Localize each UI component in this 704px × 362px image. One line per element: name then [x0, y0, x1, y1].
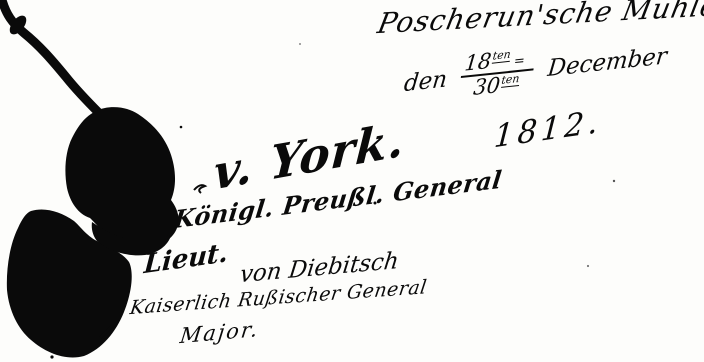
ink-speck: [180, 126, 183, 129]
date-abbrev-mark: =: [513, 53, 525, 69]
date-fraction: 18ten= 30ten: [459, 46, 536, 100]
date-day-julian-suffix: ten: [492, 48, 511, 64]
ink-stem: [2, 0, 100, 114]
stray-squiggle: [194, 185, 205, 193]
ink-speck: [299, 43, 301, 45]
date-day-gregorian: 30ten: [472, 72, 520, 99]
date-month: December: [546, 43, 668, 82]
ink-speck: [50, 355, 53, 358]
document-scan: Poscherun'sche Mühle den 18ten= 30ten De…: [0, 0, 704, 362]
date-prefix: den: [403, 66, 449, 97]
ink-blob-upper: [65, 107, 178, 245]
ink-speck: [587, 265, 589, 267]
date-day-julian-number: 18: [463, 49, 492, 76]
date-day-gregorian-suffix: ten: [501, 72, 520, 88]
date-day-gregorian-number: 30: [472, 73, 501, 100]
ink-speck: [613, 180, 615, 182]
